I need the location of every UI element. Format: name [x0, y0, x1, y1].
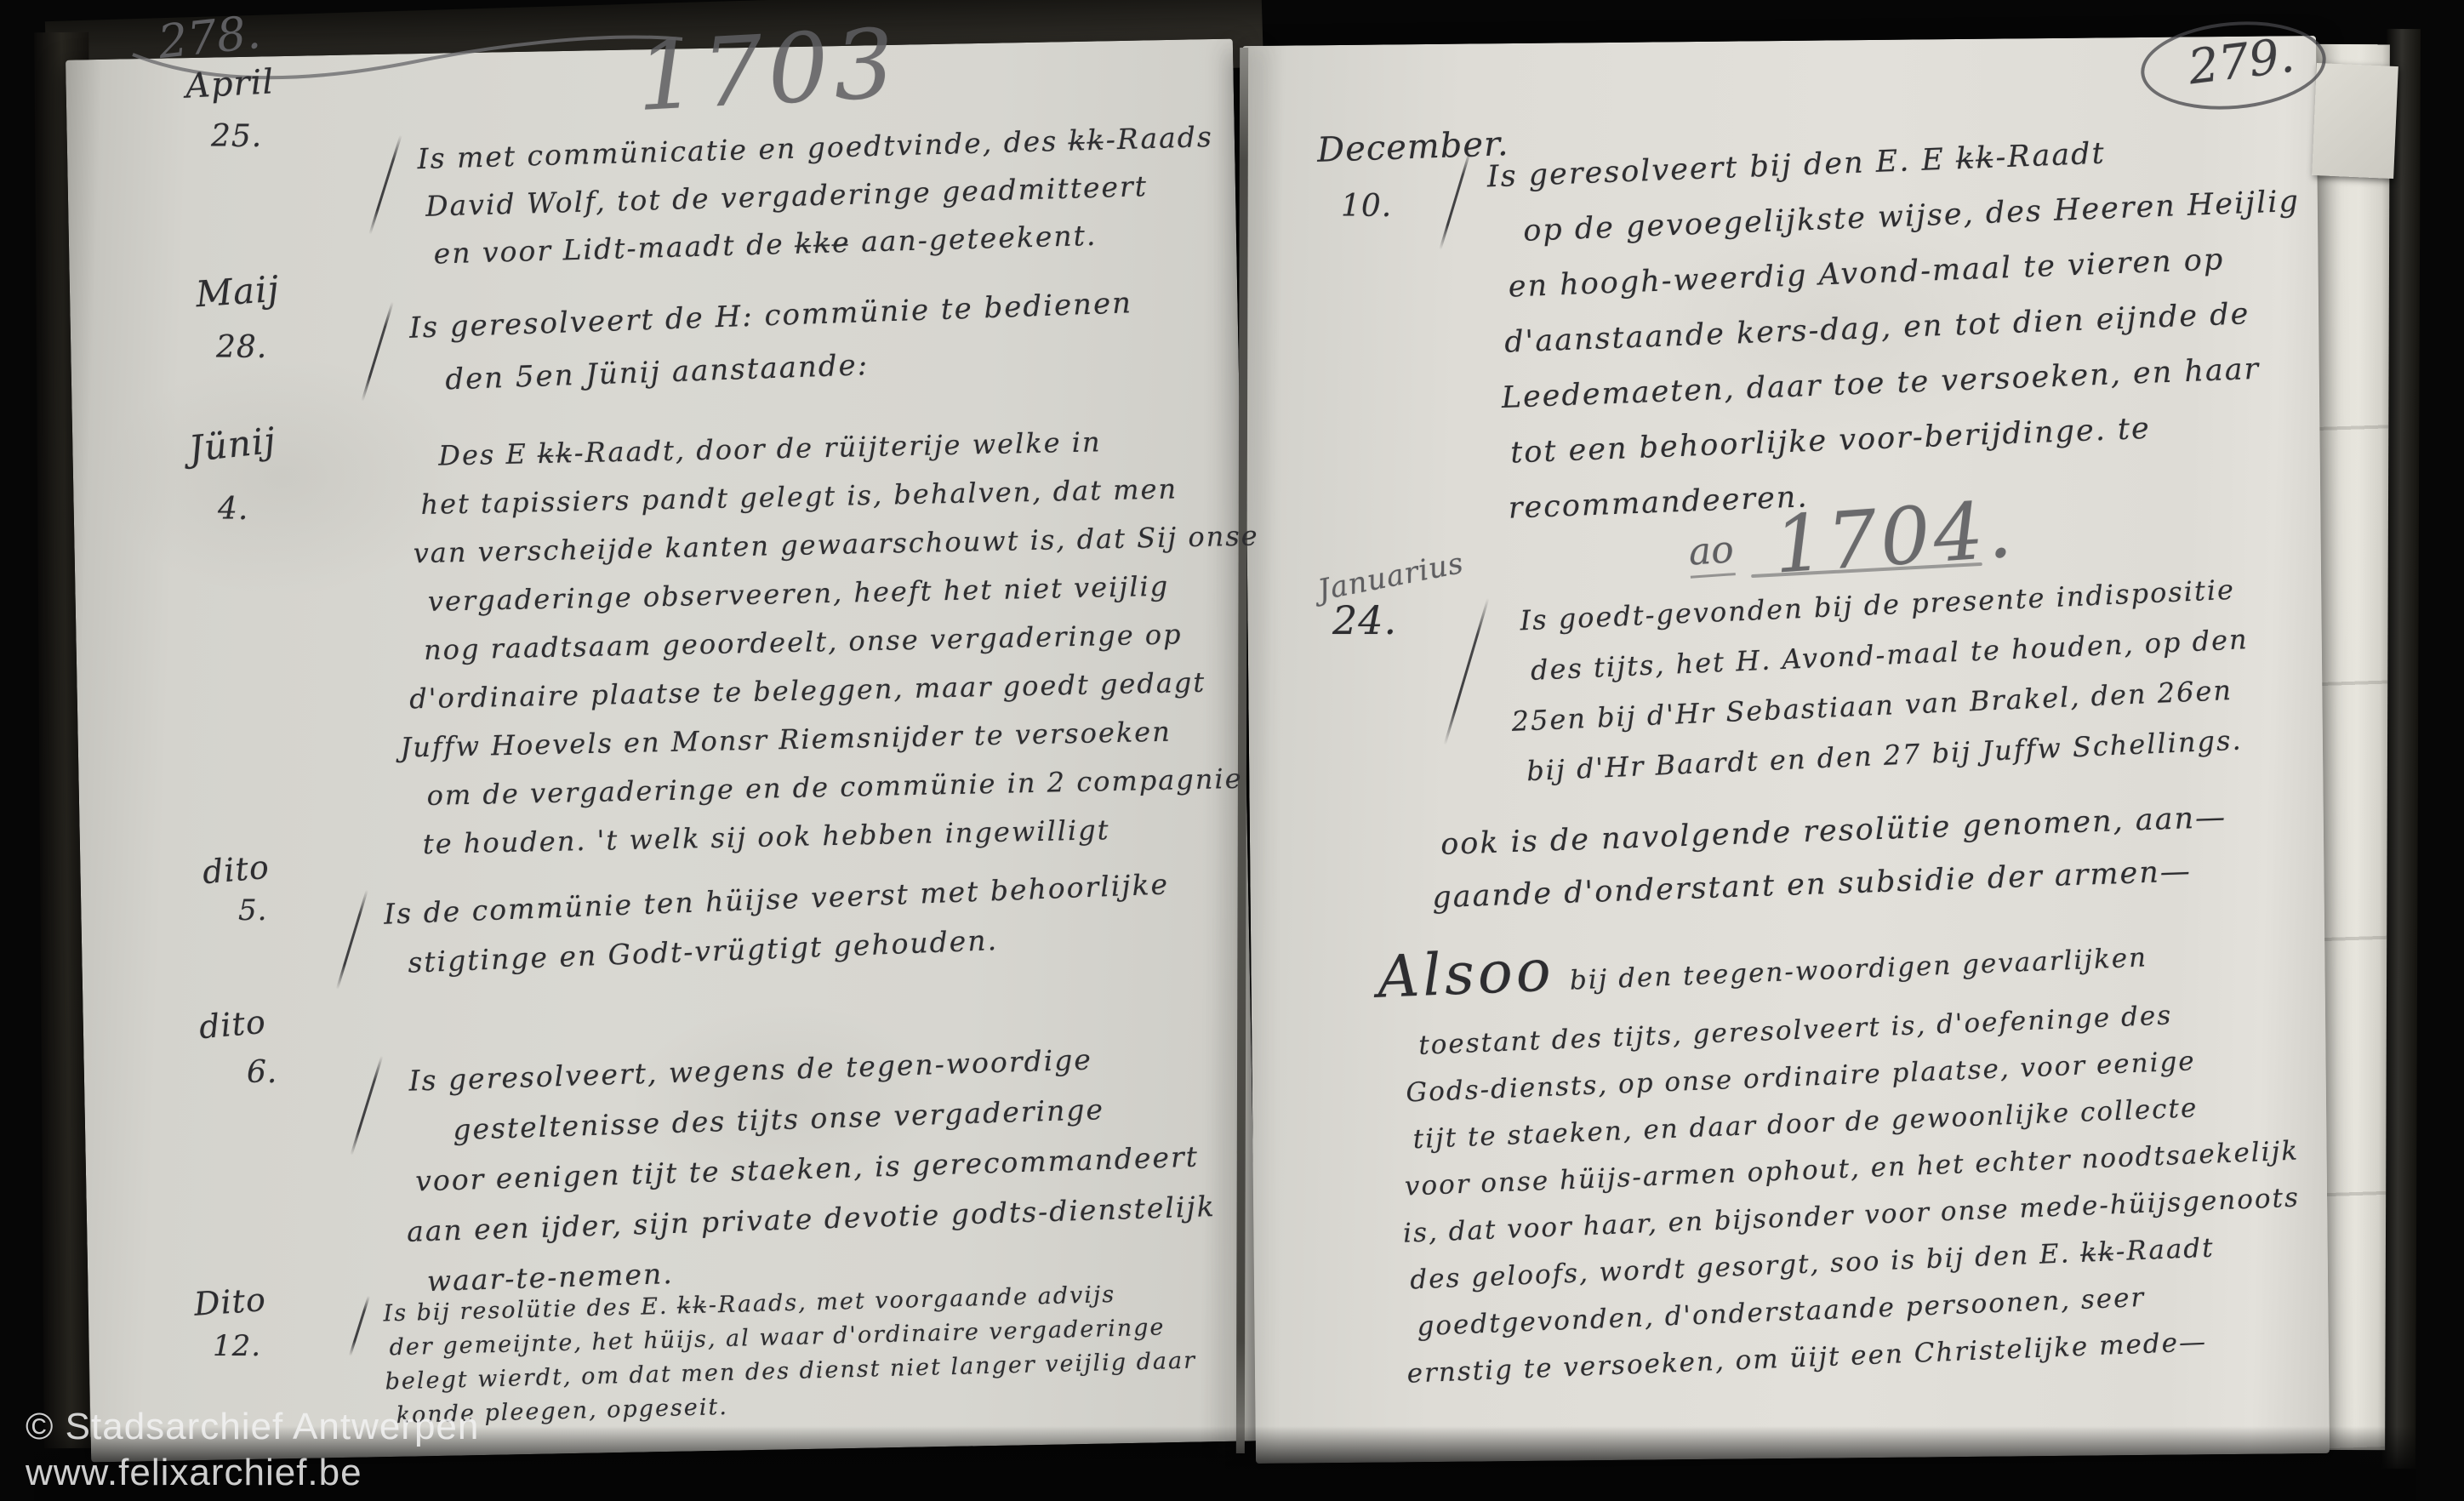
year-heading-1703: 1703	[634, 9, 902, 133]
margin-day-25: 25.	[211, 119, 262, 154]
entry-januarius-24: Is goedt-gevonden bij de presente indisp…	[1506, 564, 2254, 797]
margin-month-december: December.	[1316, 124, 1509, 170]
margin-day-4: 4.	[218, 492, 248, 527]
margin-day-24: 24.	[1332, 597, 1397, 643]
entry-alsoo-resolution: Alsoo bij den teegen-woordigen gevaarlij…	[1377, 918, 2307, 1399]
margin-day-12: 12.	[213, 1329, 261, 1363]
opening-word: Alsoo	[1377, 947, 1555, 1001]
entry-junij-4: Des E k̶k̶-Raadt, door de rüijterije wel…	[394, 414, 1266, 869]
margin-month-april: April	[185, 62, 275, 106]
manuscript-line-text: bij den teegen-woordigen gevaarlijken	[1569, 934, 2148, 1004]
margin-month-dito6: dito	[197, 1003, 267, 1047]
margin-day-5: 5.	[238, 893, 267, 927]
archive-scan: 278. 1703 April 25. Maij 28. Jünij 4. di…	[0, 0, 2464, 1501]
margin-day-28: 28.	[216, 330, 267, 365]
margin-month-dito12: Dito	[193, 1281, 268, 1323]
margin-month-dito5: dito	[201, 848, 271, 892]
margin-month-maij: Maij	[194, 268, 281, 316]
entry-dito-6: Is geresolveert, wegens de tegen-woordig…	[398, 1030, 1218, 1307]
watermark-url: www.felixarchief.be	[26, 1452, 362, 1494]
margin-day-6: 6.	[247, 1055, 277, 1090]
entry-april-25: Is met commünicatie en goedtvinde, des k…	[417, 113, 1217, 278]
margin-day-10: 10.	[1341, 189, 1392, 224]
entry-dito-12: Is bij resolütie des E. k̶k̶-Raads, met …	[383, 1276, 1198, 1434]
watermark-copyright: © Stadsarchief Antwerpen	[26, 1406, 479, 1448]
entry-december-10: Is geresolveert bij den E. E k̶k̶-Raadt …	[1486, 119, 2312, 537]
year-prefix-ao: ao	[1687, 528, 1736, 579]
paper-bookmark-tab	[2312, 63, 2398, 179]
